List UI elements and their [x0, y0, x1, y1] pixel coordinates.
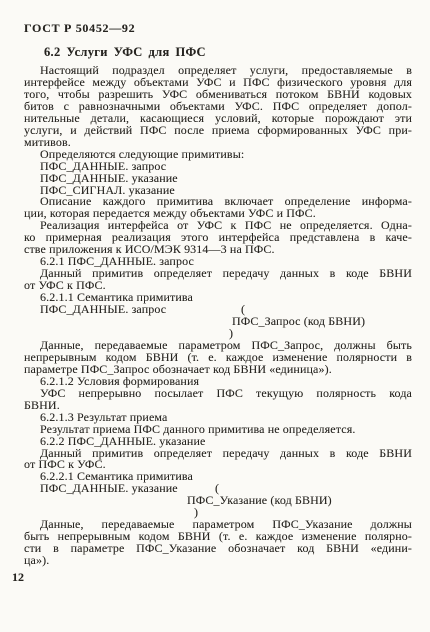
body-text-line: УФС непрерывно посылает ПФС текущую поля… [24, 388, 412, 400]
primitive-signature: ПФС_ДАННЫЕ. указание ( [24, 483, 412, 495]
body-text-line: ца»). [24, 555, 412, 567]
primitive-parameter: ПФС_Запрос (код БВНИ) [24, 316, 412, 328]
primitive-name: ПФС_ДАННЫЕ. указание [40, 481, 178, 495]
primitive-name: ПФС_ДАННЫЕ. запрос [40, 302, 166, 316]
body-text-line: сти в параметре ПФС_Указание обозначает … [24, 543, 412, 555]
primitive-parameter: ПФС_Указание (код БВНИ) [24, 495, 412, 507]
open-paren: ( [225, 304, 245, 316]
gost-standard-number: ГОСТ Р 50452—92 [24, 21, 135, 36]
open-paren: ( [199, 483, 219, 495]
section-heading: 6.2 Услуги УФС для ПФС [44, 45, 206, 60]
primitive-signature: ПФС_ДАННЫЕ. запрос ( [24, 304, 412, 316]
body-text-line: услуги, и действий ПФС после приема сфор… [24, 125, 412, 137]
document-page: ГОСТ Р 50452—92 6.2 Услуги УФС для ПФС Н… [0, 0, 430, 632]
text-column: Настоящий подраздел определяет услуги, п… [24, 65, 412, 567]
page-number: 12 [12, 570, 24, 585]
